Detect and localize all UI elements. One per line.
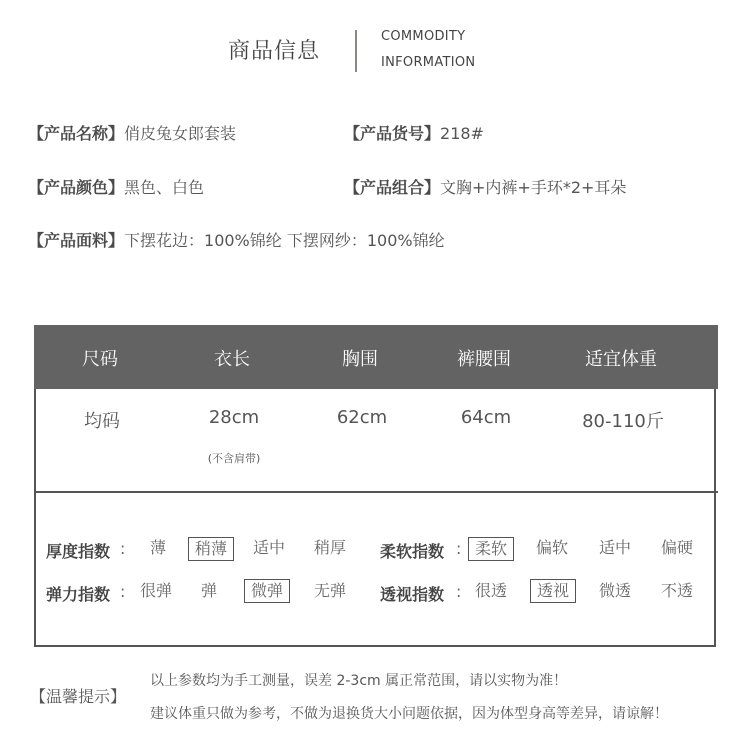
info-item-number: 【产品货号】218# [344,121,484,144]
index-option: 微透 [592,580,638,604]
info-value: 黑色、白色 [124,178,204,197]
cell-weight: 80-110斤 [563,407,683,433]
info-product-fabric: 【产品面料】下摆花边：100%锦纶 下摆网纱：100%锦纶 [28,228,445,251]
index-label: 弹力指数 [46,582,110,605]
info-label: 【产品货号】 [344,124,440,143]
index-option-selected: 稍薄 [188,537,234,561]
index-option: 无弹 [307,580,353,604]
index-option: 适中 [592,537,638,561]
index-label: 厚度指数 [46,539,110,562]
column-header-bust: 胸围 [300,345,420,371]
index-colon: : [456,582,461,601]
tips-line-2: 建议体重只做为参考，不做为退换货大小问题依据，因为体型身高等差异，请谅解！ [150,703,668,723]
column-header-size: 尺码 [40,345,160,371]
cell-length: 28cm [174,407,294,428]
title-divider [355,30,357,72]
index-option: 适中 [246,537,292,561]
info-label: 【产品面料】 [28,231,124,250]
index-option: 很弹 [133,580,179,604]
info-product-name: 【产品名称】俏皮兔女郎套装 [28,121,236,144]
index-option: 弹 [195,580,223,604]
cell-bust: 62cm [302,407,422,428]
index-option-selected: 柔软 [468,537,514,561]
info-value: 下摆花边：100%锦纶 下摆网纱：100%锦纶 [124,231,445,250]
cell-waist: 64cm [426,407,546,428]
column-header-waist: 裤腰围 [424,345,544,371]
index-option: 薄 [144,537,172,561]
size-table-header: 尺码 衣长 胸围 裤腰围 适宜体重 [34,325,718,389]
index-colon: : [456,539,461,558]
index-option-selected: 微弹 [244,579,290,603]
cell-length-note: (不含肩带) [174,450,294,466]
index-label: 柔软指数 [380,539,444,562]
column-header-length: 衣长 [172,345,292,371]
info-value: 俏皮兔女郎套装 [124,124,236,143]
row-divider [34,491,718,493]
info-label: 【产品颜色】 [28,178,124,197]
tips-label: 【温馨提示】 [30,684,126,707]
index-colon: : [120,539,125,558]
index-option: 偏软 [529,537,575,561]
info-value: 218# [440,124,484,143]
info-product-color: 【产品颜色】黑色、白色 [28,175,204,198]
tips-line-1: 以上参数均为手工测量，误差 2-3cm 属正常范围，请以实物为准！ [150,670,567,690]
section-title-en-line2: INFORMATION [381,55,475,70]
info-label: 【产品组合】 [344,178,440,197]
index-option: 不透 [654,580,700,604]
cell-size: 均码 [42,407,162,433]
index-label: 透视指数 [380,582,444,605]
index-option: 稍厚 [307,537,353,561]
info-label: 【产品名称】 [28,124,124,143]
section-title: 商品信息 [228,34,320,65]
index-colon: : [120,582,125,601]
info-product-combo: 【产品组合】文胸+内裤+手环*2+耳朵 [344,175,626,198]
index-option-selected: 透视 [530,579,576,603]
column-header-weight: 适宜体重 [561,345,681,371]
info-value: 文胸+内裤+手环*2+耳朵 [440,178,626,197]
index-option: 很透 [468,580,514,604]
section-title-en-line1: COMMODITY [381,29,465,44]
index-option: 偏硬 [654,537,700,561]
